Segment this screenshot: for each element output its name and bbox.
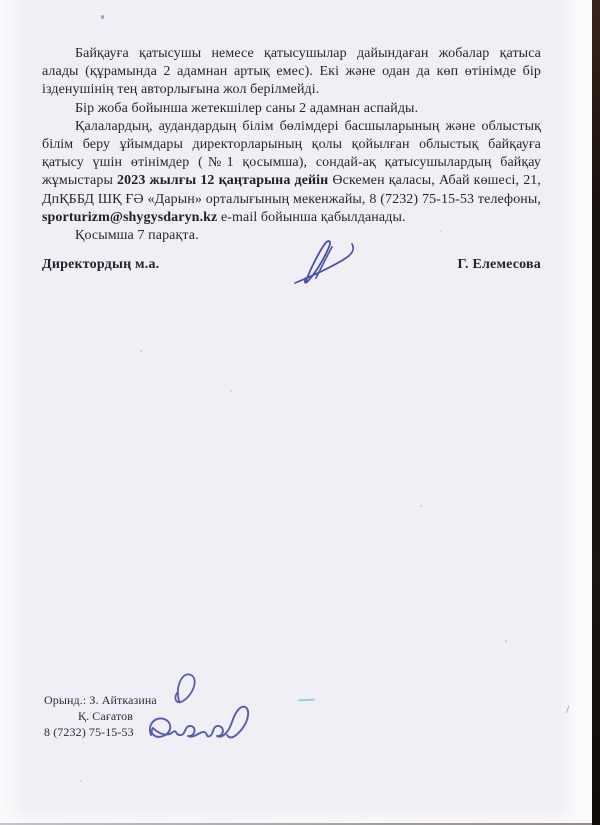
ink-speck	[101, 15, 104, 19]
paragraph-supervisors: Бір жоба бойынша жетекшілер саны 2 адамн…	[42, 100, 541, 118]
executor-block: Орынд.: З. Айтказина Қ. Сағатов 8 (7232)…	[44, 692, 157, 740]
deadline-text: 2023 жылғы 12 қаңтарына дейін	[117, 173, 328, 188]
scanner-edge-shadow	[592, 0, 600, 825]
executor-phone: 8 (7232) 75-15-53	[44, 724, 157, 740]
letter-body: Байқауға қатысушы немесе қатысушылар дай…	[42, 45, 541, 245]
paragraph-participants: Байқауға қатысушы немесе қатысушылар дай…	[42, 45, 541, 100]
text-segment: e-mail бойынша қабылданады.	[217, 210, 405, 225]
scanned-page: Байқауға қатысушы немесе қатысушылар дай…	[0, 0, 600, 825]
scan-dust	[140, 350, 142, 352]
signature-row: Директордың м.а. Г. Елемесова	[42, 257, 541, 273]
email-text: sporturizm@shygysdaryn.kz	[42, 210, 217, 225]
executor-line-1: Орынд.: З. Айтказина	[44, 692, 157, 708]
director-title: Директордың м.а.	[42, 257, 159, 273]
executor-line-2: Қ. Сағатов	[78, 708, 157, 724]
paragraph-attachment: Қосымша 7 парақта.	[42, 227, 541, 245]
director-name: Г. Елемесова	[458, 257, 541, 273]
paragraph-application-details: Қалалардың, аудандардың білім бөлімдері …	[42, 118, 541, 227]
